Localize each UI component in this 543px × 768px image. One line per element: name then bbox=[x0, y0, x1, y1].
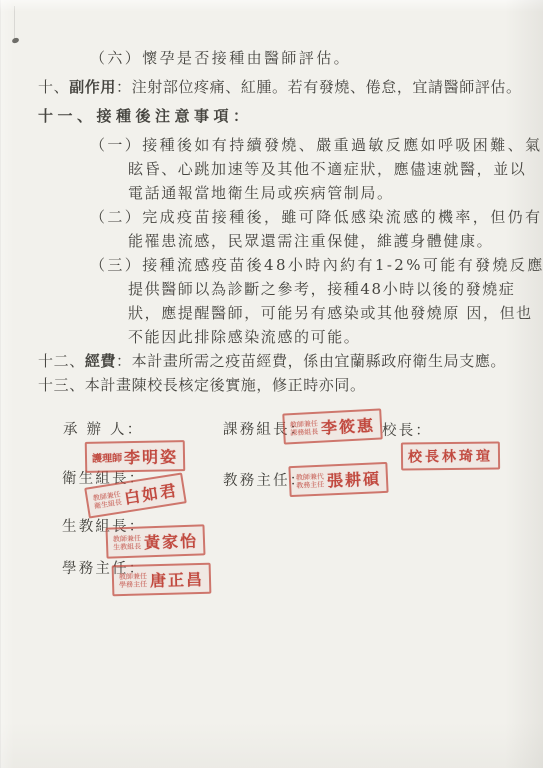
stamp-name: 張耕碩 bbox=[327, 466, 382, 491]
stamp-curriculum-lead-seal: 教師兼任 課務組長 李筱惠 bbox=[282, 408, 383, 444]
stamp-name: 李筱惠 bbox=[320, 413, 375, 439]
stamp-name: 李明姿 bbox=[124, 444, 178, 468]
clause-10-number: 十、 bbox=[38, 78, 69, 96]
stamp-nurse-seal: 護理師李明姿 bbox=[85, 440, 186, 473]
scanned-document-page: （六）懷孕是否接種由醫師評估。 十、副作用：注射部位疼痛、紅腫。若有發燒、倦怠，… bbox=[0, 0, 543, 768]
stamp-prefix: 教師兼任 課務組長 bbox=[290, 419, 319, 436]
stamp-prefix: 教師兼代 教務主任 bbox=[296, 472, 325, 489]
clause-10-text: ：注射部位疼痛、紅腫。若有發燒、倦怠，宜請醫師評估。 bbox=[116, 78, 522, 96]
clause-11-sub1-line3: 電話通報當地衛生局或疾病管制局。 bbox=[128, 181, 516, 205]
clause-11-sub3-line4: 不能因此排除感染流感的可能。 bbox=[128, 325, 516, 349]
stamp-prefix-bottom: 課務組長 bbox=[290, 427, 318, 436]
stamp-name: 校長林琦瑄 bbox=[408, 446, 493, 467]
stamp-prefix: 護理師 bbox=[92, 449, 122, 465]
stamp-prefix-bottom: 教務主任 bbox=[296, 480, 324, 489]
stamp-principal-seal: 校長林琦瑄 bbox=[401, 441, 500, 470]
stamp-prefix-bottom: 生教組長 bbox=[113, 542, 141, 551]
clause-12: 十二、經費：本計畫所需之疫苗經費，係由宜蘭縣政府衛生局支應。 bbox=[38, 349, 516, 373]
clause-11-sub1-line2: 眩昏、心跳加速等及其他不適症狀，應儘速就醫，並以 bbox=[128, 157, 516, 181]
stamp-name: 唐正昌 bbox=[150, 567, 205, 591]
clause-11-sub3-line1: （三）接種流感疫苗後48小時內約有1-2%可能有發燒反應，應 bbox=[90, 253, 516, 277]
clause-6: （六）懷孕是否接種由醫師評估。 bbox=[90, 46, 516, 70]
clause-11-sub1-line1: （一）接種後如有持續發燒、嚴重過敏反應如呼吸困難、氣喘， bbox=[90, 133, 516, 157]
stamp-prefix: 教師兼任 學務主任 bbox=[119, 572, 147, 589]
stamp-prefix: 教師兼任 衛生組長 bbox=[92, 490, 122, 510]
clause-12-text: ：本計畫所需之疫苗經費，係由宜蘭縣政府衛生局支應。 bbox=[116, 352, 506, 370]
clause-11-heading: 十一、接種後注意事項： bbox=[38, 104, 516, 128]
clause-12-term: 經費 bbox=[85, 352, 116, 370]
clause-11-sub2-line2: 能罹患流感，民眾還需注重保健，維護身體健康。 bbox=[128, 229, 516, 253]
clause-10: 十、副作用：注射部位疼痛、紅腫。若有發燒、倦怠，宜請醫師評估。 bbox=[38, 75, 516, 99]
stamp-student-affairs-seal: 教師兼任 學務主任 唐正昌 bbox=[112, 563, 212, 597]
clause-11-sub3-line2: 提供醫師以為診斷之參考，接種48小時以後的發燒症 bbox=[128, 277, 516, 301]
stamp-prefix-bottom: 學務主任 bbox=[119, 580, 147, 589]
stamp-academic-head-seal: 教師兼代 教務主任 張耕碩 bbox=[288, 462, 388, 497]
stamp-name: 白如君 bbox=[122, 477, 179, 508]
clause-12-number: 十二、 bbox=[38, 352, 85, 370]
stamp-prefix: 教師兼任 生教組長 bbox=[113, 534, 142, 551]
document-body: （六）懷孕是否接種由醫師評估。 十、副作用：注射部位疼痛、紅腫。若有發燒、倦怠，… bbox=[38, 46, 516, 397]
clause-11-sub3-line3: 狀，應提醒醫師，可能另有感染或其他發燒原 因，但也 bbox=[128, 301, 516, 325]
scan-crease-artifact bbox=[14, 6, 15, 39]
role-label-principal: 校長： bbox=[382, 419, 432, 440]
role-label-organizer: 承 辦 人： bbox=[63, 418, 143, 439]
stamp-name: 黃家怡 bbox=[144, 529, 199, 554]
scan-speck-artifact bbox=[11, 37, 19, 44]
stamp-discipline-lead-seal: 教師兼任 生教組長 黃家怡 bbox=[105, 524, 205, 558]
clause-13: 十三、本計畫陳校長核定後實施，修正時亦同。 bbox=[38, 373, 516, 397]
clause-11-sub2-line1: （二）完成疫苗接種後，雖可降低感染流感的機率，但仍有可 bbox=[90, 205, 516, 229]
clause-10-term: 副作用 bbox=[69, 78, 116, 96]
